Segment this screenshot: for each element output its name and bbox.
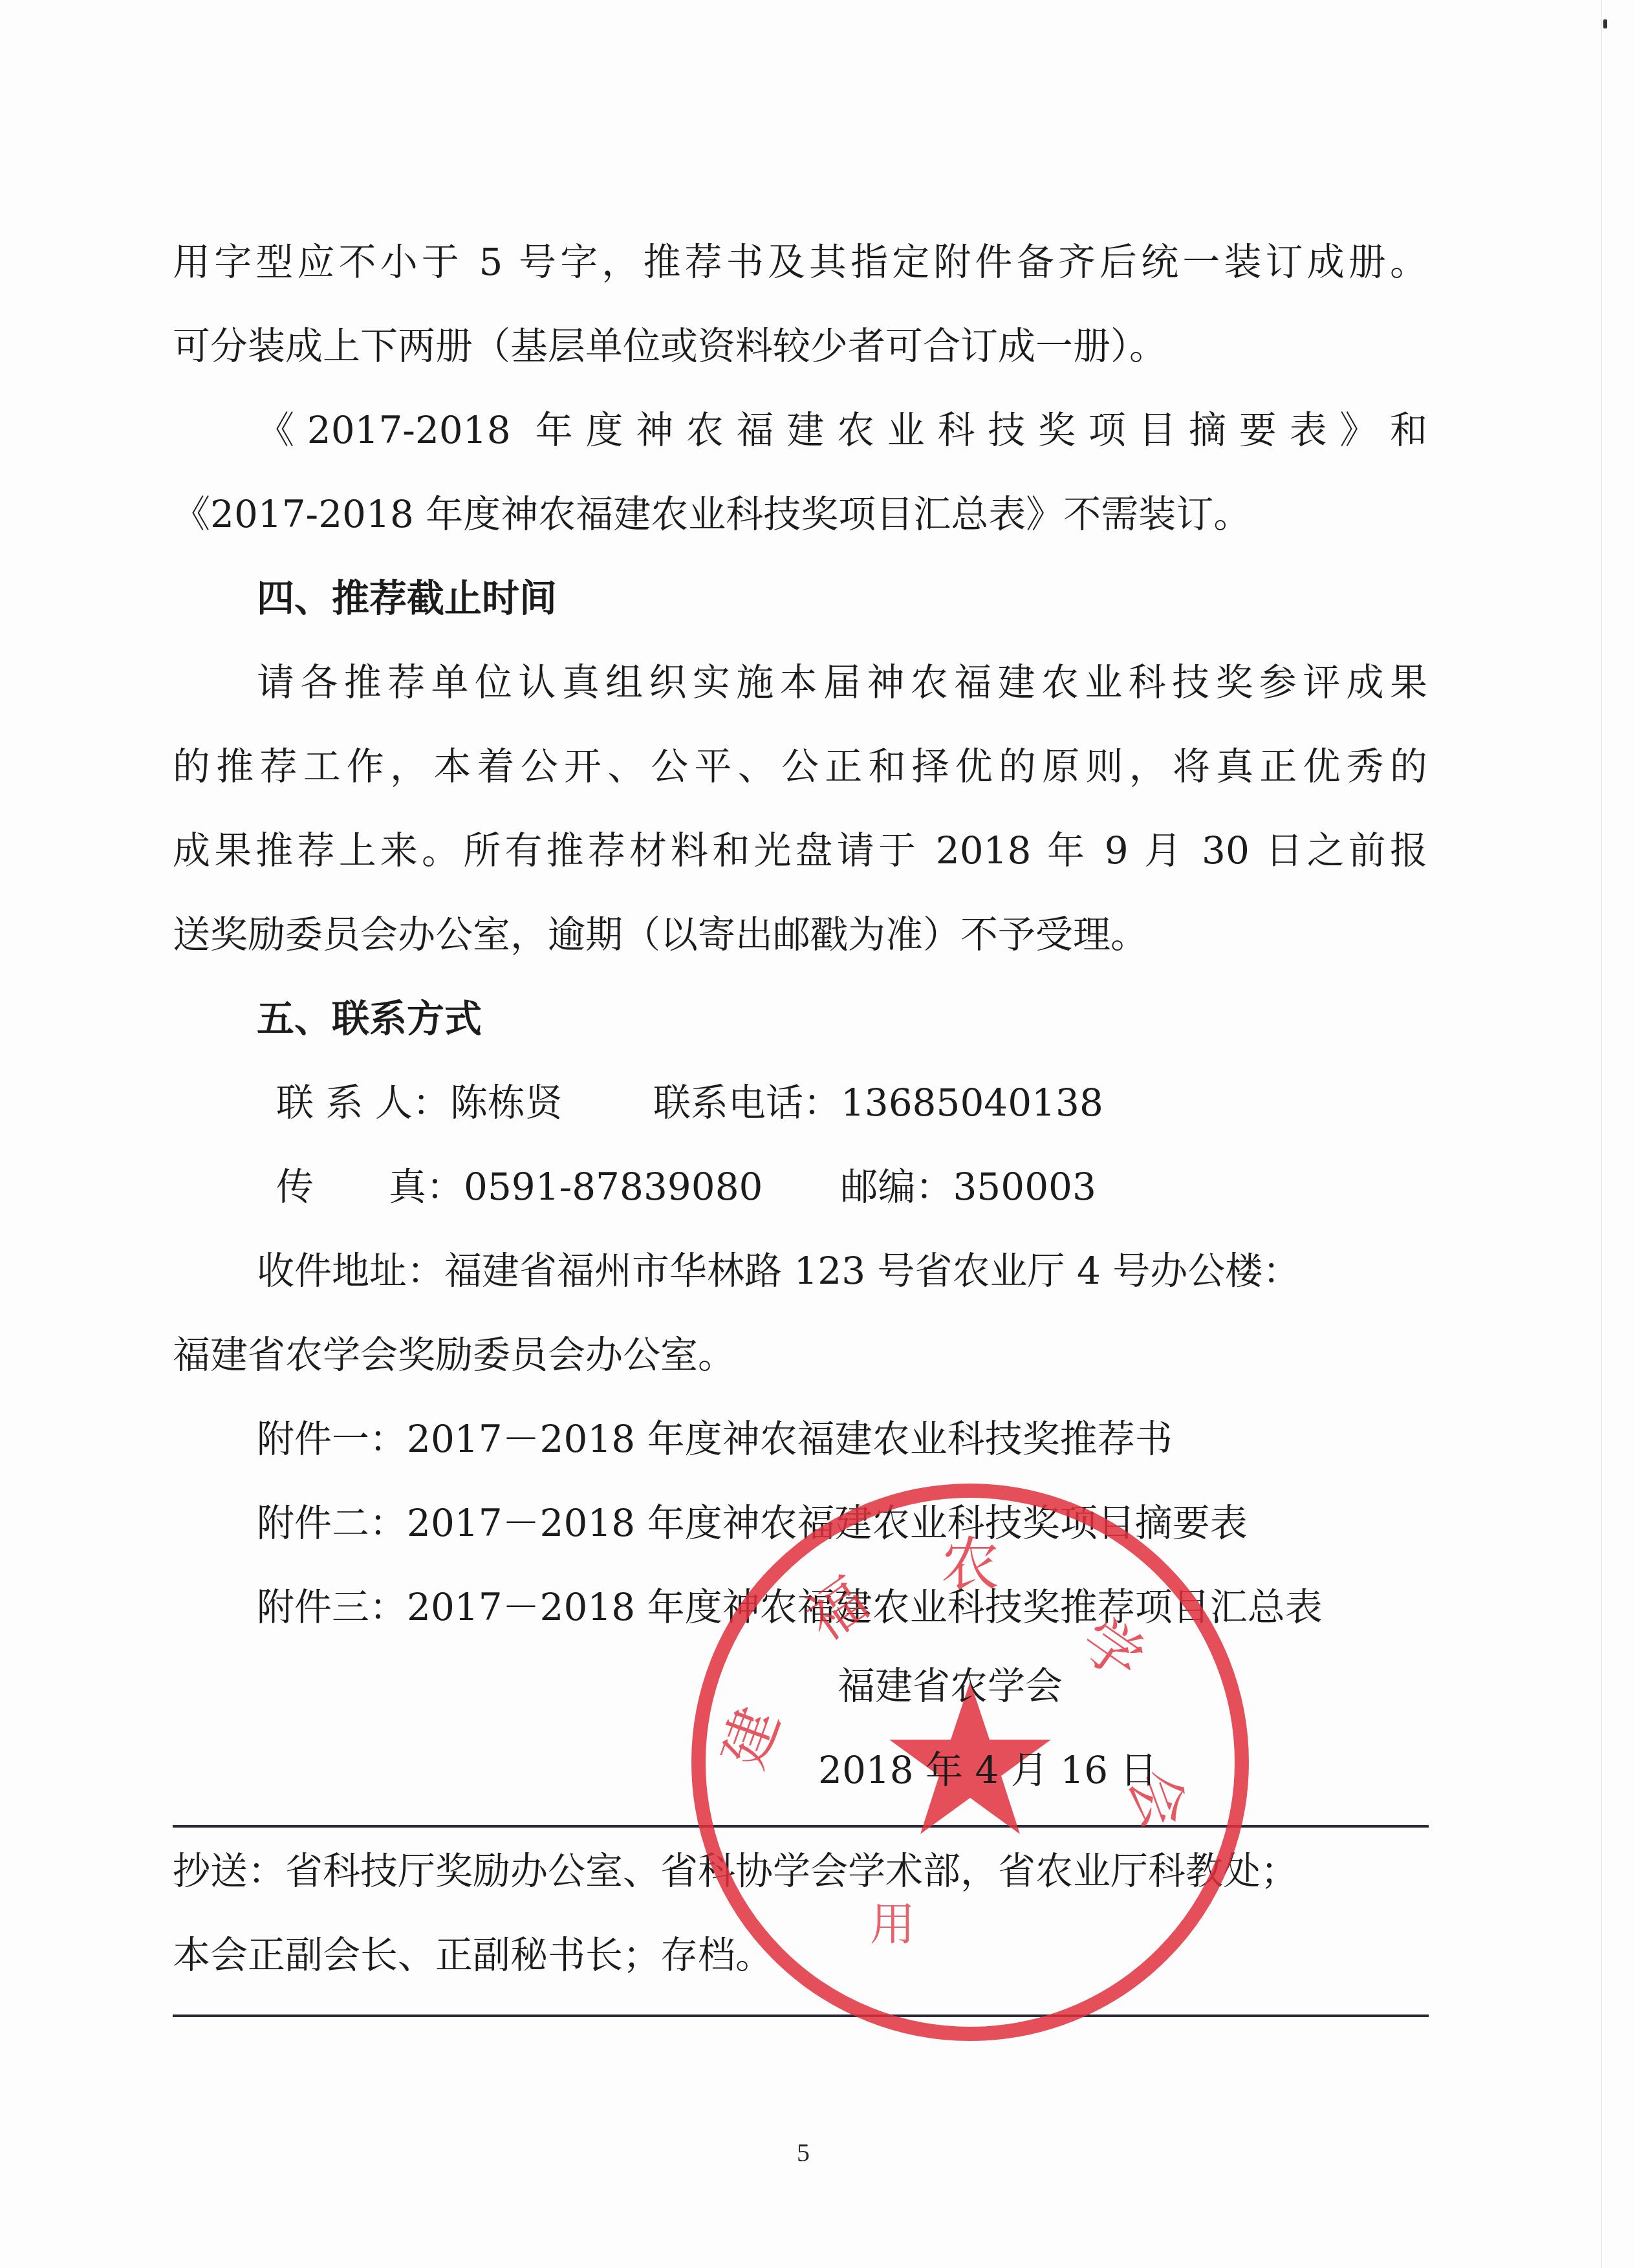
phone-label: 联系电话： (653, 1081, 841, 1125)
paragraph-line: 《2017-2018 年度神农福建农业科技奖项目汇总表》不需装订。 (173, 491, 1251, 537)
contact-name: 陈栋贤 (450, 1081, 563, 1125)
fax-label: 传 真： (276, 1165, 464, 1209)
divider-bottom (173, 2014, 1429, 2017)
paragraph-line: 请各推荐单位认真组织实施本届神农福建农业科技奖参评成果 (257, 660, 1427, 705)
contact-label: 联 系 人： (276, 1081, 450, 1125)
scan-edge (1601, 0, 1602, 2268)
page-number: 5 (797, 2137, 810, 2168)
paragraph-line: 《2017-2018 年度神农福建农业科技奖项目摘要表》和 (257, 407, 1427, 453)
paragraph-line: 送奖励委员会办公室，逾期（以寄出邮戳为准）不予受理。 (173, 912, 1148, 957)
section-heading-deadline: 四、推荐截止时间 (257, 576, 557, 621)
svg-text:建: 建 (709, 1699, 793, 1777)
paragraph-line: 成果推荐上来。所有推荐材料和光盘请于 2018 年 9 月 30 日之前报 (173, 828, 1427, 873)
postcode-label: 邮编： (840, 1165, 953, 1209)
cc-line: 本会正副会长、正副秘书长；存档。 (173, 1932, 773, 1978)
phone-number: 13685040138 (841, 1081, 1103, 1125)
attachment-3: 附件三：2017－2018 年度神农福建农业科技奖推荐项目汇总表 (257, 1584, 1323, 1630)
paragraph-line: 用字型应不小于 5 号字，推荐书及其指定附件备齐后统一装订成册。 (173, 239, 1427, 285)
contact-person-row: 联 系 人：陈栋贤联系电话：13685040138 (276, 1080, 1103, 1125)
paragraph-line: 的推荐工作，本着公开、公平、公正和择优的原则，将真正优秀的 (173, 744, 1427, 789)
divider-top (173, 1825, 1429, 1828)
section-heading-contact: 五、联系方式 (257, 996, 482, 1041)
address-line: 收件地址：福建省福州市华林路 123 号省农业厅 4 号办公楼： (257, 1248, 1300, 1293)
scan-mark (1603, 19, 1607, 28)
attachment-2: 附件二：2017－2018 年度神农福建农业科技奖项目摘要表 (257, 1500, 1248, 1546)
svg-text:用: 用 (870, 1898, 915, 1951)
fax-row: 传 真：0591-87839080邮编：350003 (276, 1164, 1096, 1209)
signature-organization: 福建省农学会 (838, 1663, 1063, 1709)
paragraph-line: 可分装成上下两册（基层单位或资料较少者可合订成一册）。 (173, 323, 1167, 369)
signature-date: 2018 年 4 月 16 日 (818, 1747, 1158, 1793)
attachment-1: 附件一：2017－2018 年度神农福建农业科技奖推荐书 (257, 1416, 1173, 1462)
cc-line: 抄送：省科技厅奖励办公室、省科协学会学术部，省农业厅科教处； (173, 1848, 1298, 1894)
postcode: 350003 (953, 1165, 1096, 1209)
fax-number: 0591-87839080 (464, 1165, 763, 1209)
address-line: 福建省农学会奖励委员会办公室。 (173, 1332, 735, 1377)
